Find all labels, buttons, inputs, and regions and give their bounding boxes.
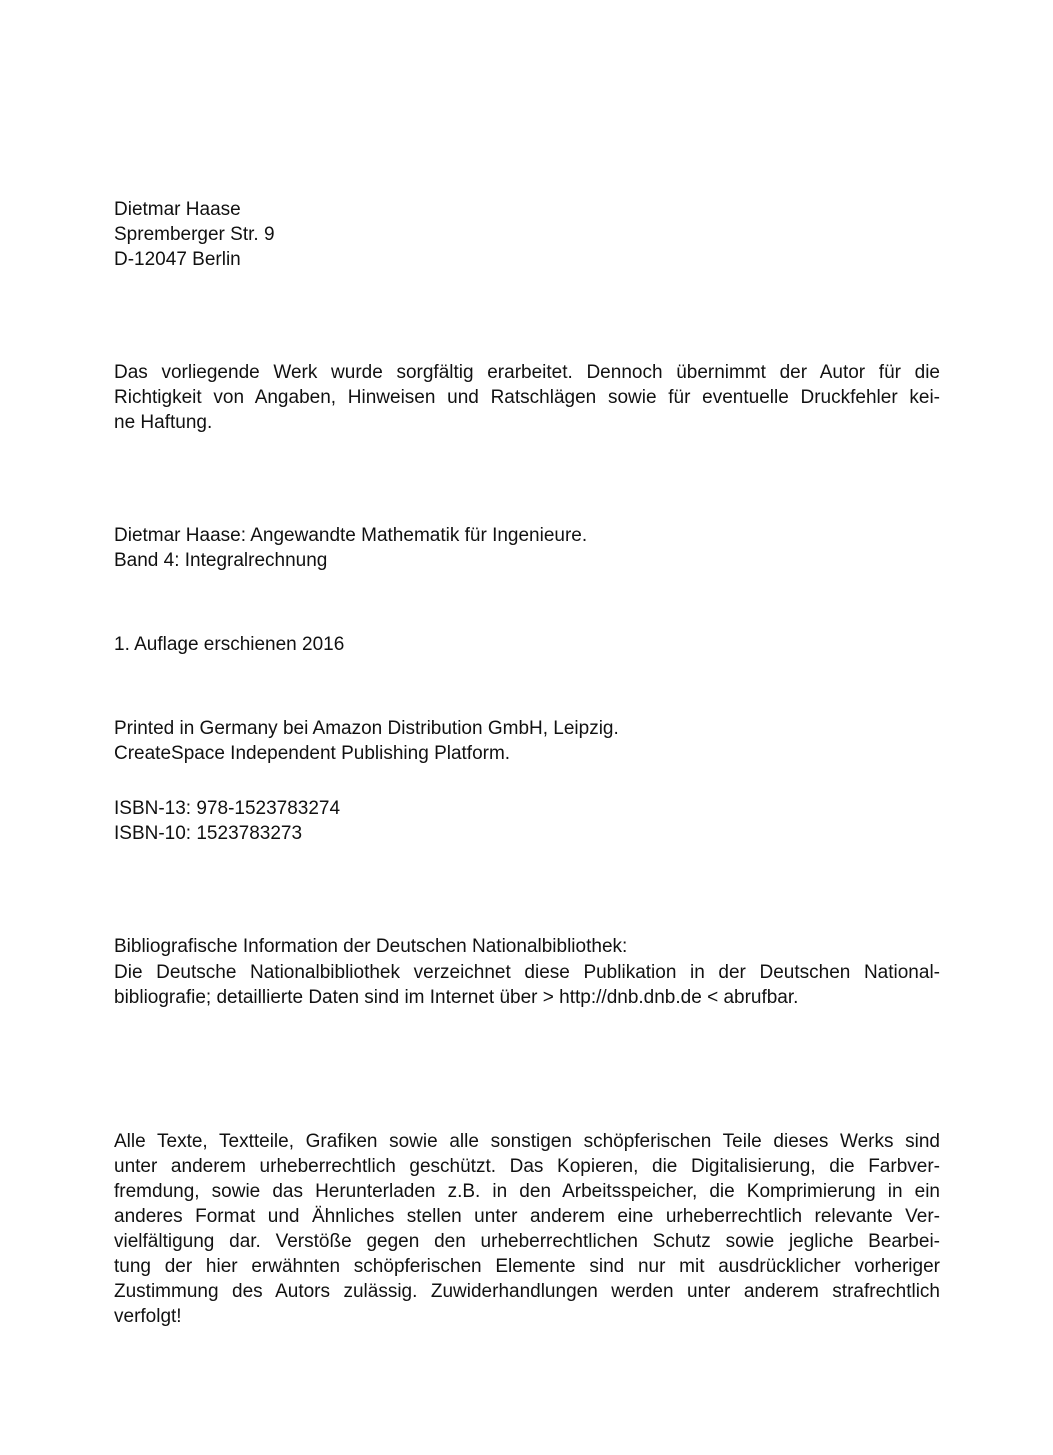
copyright-line: tung der hier erwähnten schöpferischen E… (114, 1254, 940, 1279)
bibliography-line: bibliografie; detaillierte Daten sind im… (114, 985, 940, 1010)
author-city: D-12047 Berlin (114, 247, 940, 272)
copyright-line: verfolgt! (114, 1304, 940, 1329)
liability-disclaimer: Das vorliegende Werk wurde sorgfältig er… (114, 360, 940, 435)
isbn-info: ISBN-13: 978-1523783274 ISBN-10: 1523783… (114, 796, 940, 846)
copyright-line: vielfältigung dar. Verstöße gegen den ur… (114, 1229, 940, 1254)
bibliography-heading: Bibliografische Information der Deutsche… (114, 934, 940, 959)
bibliographic-info: Bibliografische Information der Deutsche… (114, 934, 940, 1010)
isbn-10: ISBN-10: 1523783273 (114, 821, 940, 846)
book-title: Dietmar Haase: Angewandte Mathematik für… (114, 523, 940, 548)
edition-info: 1. Auflage erschienen 2016 (114, 632, 940, 657)
copyright-line: fremdung, sowie das Herunterladen z.B. i… (114, 1179, 940, 1204)
copyright-line: unter anderem urheberrechtlich geschützt… (114, 1154, 940, 1179)
copyright-line: Alle Texte, Textteile, Grafiken sowie al… (114, 1129, 940, 1154)
printing-info: Printed in Germany bei Amazon Distributi… (114, 716, 940, 766)
author-street: Spremberger Str. 9 (114, 222, 940, 247)
disclaimer-line: ne Haftung. (114, 410, 940, 435)
author-address: Dietmar Haase Spremberger Str. 9 D-12047… (114, 197, 940, 272)
copyright-notice: Alle Texte, Textteile, Grafiken sowie al… (114, 1129, 940, 1329)
publisher-line: CreateSpace Independent Publishing Platf… (114, 741, 940, 766)
isbn-13: ISBN-13: 978-1523783274 (114, 796, 940, 821)
book-volume: Band 4: Integralrechnung (114, 548, 940, 573)
disclaimer-line: Richtigkeit von Angaben, Hinweisen und R… (114, 385, 940, 410)
author-name: Dietmar Haase (114, 197, 940, 222)
copyright-line: Zustimmung des Autors zulässig. Zuwiderh… (114, 1279, 940, 1304)
book-info: Dietmar Haase: Angewandte Mathematik für… (114, 523, 940, 573)
edition-text: 1. Auflage erschienen 2016 (114, 632, 940, 657)
disclaimer-line: Das vorliegende Werk wurde sorgfältig er… (114, 360, 940, 385)
printer-line: Printed in Germany bei Amazon Distributi… (114, 716, 940, 741)
bibliography-line: Die Deutsche Nationalbibliothek verzeich… (114, 960, 940, 985)
copyright-line: anderes Format und Ähnliches stellen unt… (114, 1204, 940, 1229)
